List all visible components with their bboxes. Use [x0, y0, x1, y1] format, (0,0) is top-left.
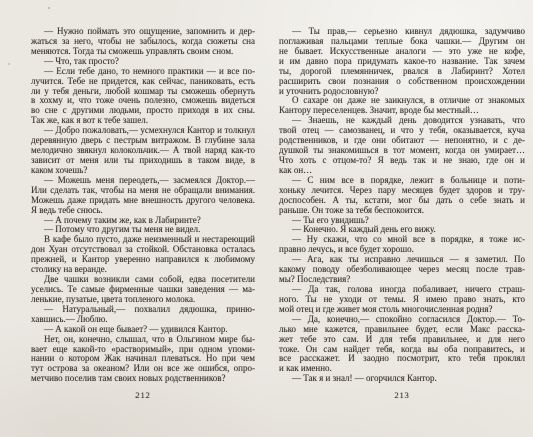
text-line: Что хоть с отцом-то? Я ведь так и не зна… [279, 156, 525, 166]
text-line: — Так я и знал! — огорчился Кантор. [279, 374, 525, 384]
right-page-text: — Ты прав,— серьезно кивнул дядюшка, зад… [279, 27, 525, 384]
paper-speck [48, 7, 50, 9]
left-page: — Нужно поймать это ощущение, запомнить … [31, 27, 255, 400]
text-line: Нет, он, конечно, слышал, что в Ольгином… [31, 335, 255, 345]
text-line: жет тебе это сам. И для тебя правильнее,… [279, 335, 525, 345]
book-spread-photo: — Нужно поймать это ощущение, запомнить … [0, 0, 533, 437]
paper-speck [8, 63, 10, 65]
right-page: — Ты прав,— серьезно кивнул дядюшка, зад… [279, 27, 525, 400]
right-page-number: 213 [279, 390, 525, 400]
left-page-text: — Нужно поймать это ощущение, запомнить … [31, 27, 255, 384]
left-page-number: 212 [31, 390, 255, 400]
text-line: метчиво поселив там своих новых родствен… [31, 374, 255, 384]
